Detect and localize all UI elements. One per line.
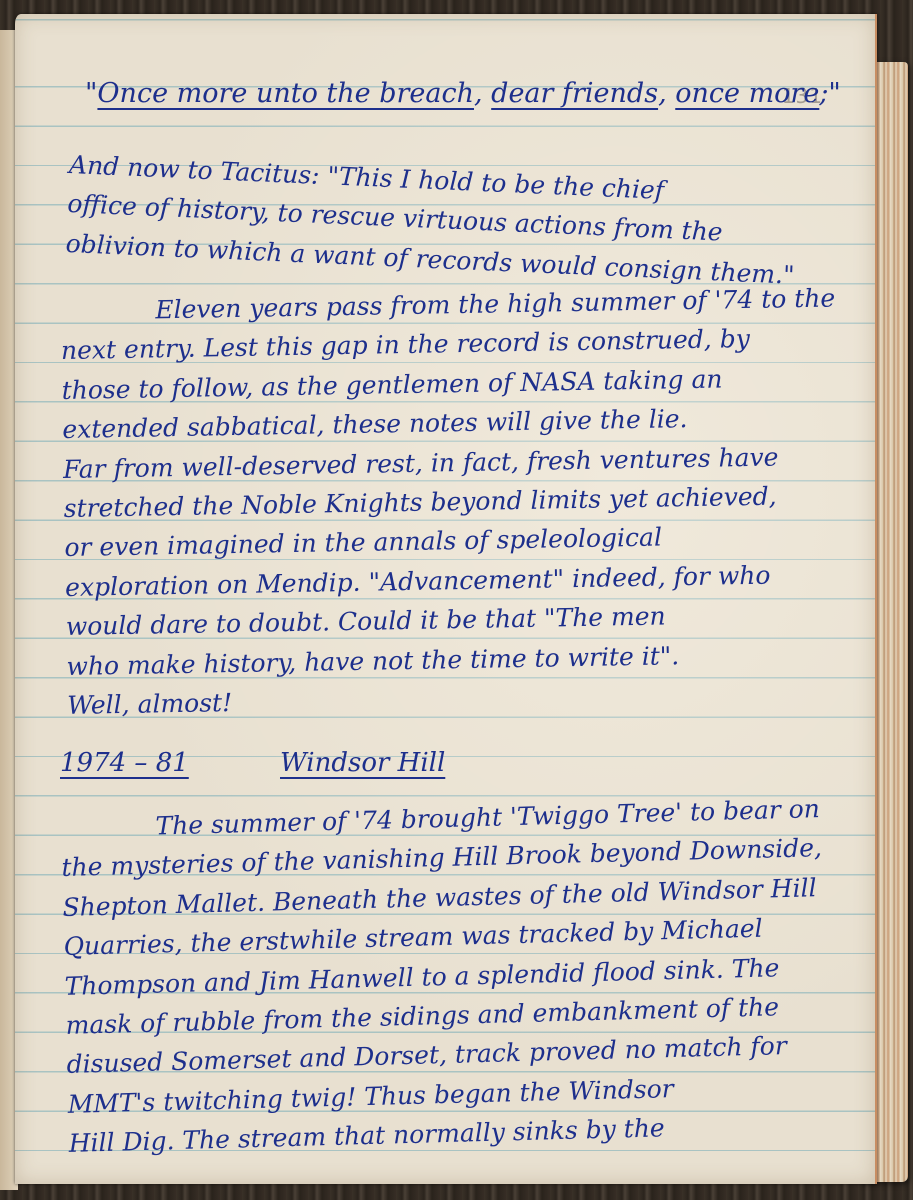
epigraph-part-1: Once more unto the breach	[97, 78, 474, 109]
epigraph-part-3: once more	[675, 78, 819, 109]
paragraph-eleven-years: Eleven years pass from the high summer o…	[60, 278, 842, 725]
epigraph-sep: ,	[658, 78, 675, 109]
epigraph-part-2: dear friends	[491, 78, 658, 109]
epigraph-quote: "Once more unto the breach, dear friends…	[85, 74, 841, 113]
epigraph-close: ;"	[819, 78, 841, 109]
epigraph-sep: ,	[474, 78, 491, 109]
section-heading: 1974 – 81Windsor Hill	[60, 744, 445, 783]
tacitus-intro: And now to Tacitus: "This I hold to be t…	[65, 145, 799, 295]
section-dates: 1974 – 81	[60, 744, 280, 783]
section-title: Windsor Hill	[280, 748, 445, 778]
paragraph-windsor-hill: The summer of '74 brought 'Twiggo Tree' …	[60, 789, 830, 1163]
notebook-page: 131 "Once more unto the breach, dear fri…	[15, 14, 877, 1184]
open-quote: "	[85, 78, 97, 109]
